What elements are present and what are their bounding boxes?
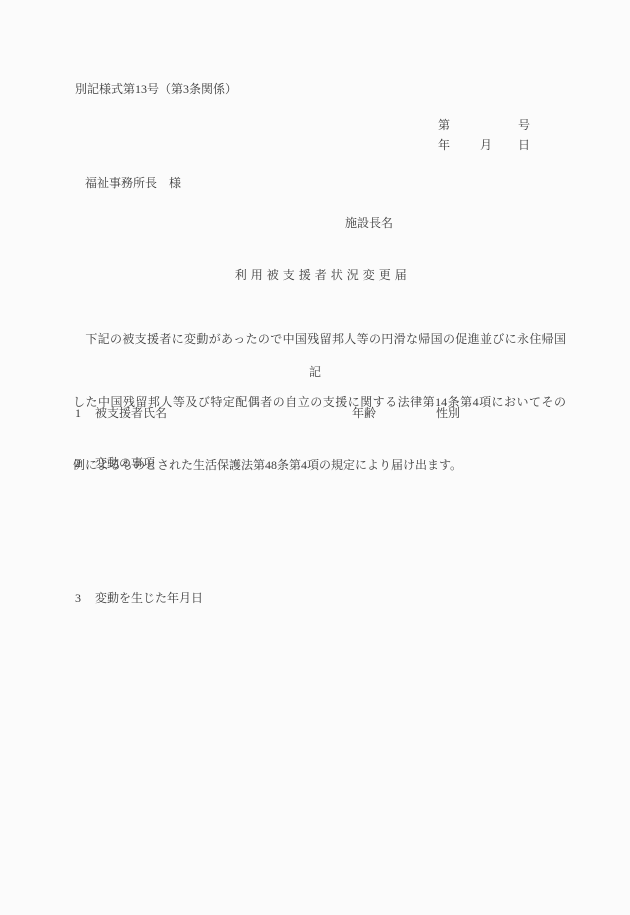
item-3-label: 変動を生じた年月日 (95, 592, 203, 604)
date-day-label: 日 (518, 139, 530, 151)
form-number: 別記様式第13号（第3条関係） (75, 83, 237, 95)
body-line-1: 下記の被支援者に変動があったので中国残留邦人等の円滑な帰国の促進並びに永住帰国 (73, 329, 566, 350)
item-1-label: 被支援者氏名 (95, 407, 167, 419)
document-page: 別記様式第13号（第3条関係） 第 号 年 月 日 福祉事務所長 様 施設長名 … (0, 0, 630, 915)
date-month-label: 月 (480, 139, 492, 151)
item-2-label: 変動の事項 (95, 457, 155, 469)
sender-name-label: 施設長名 (345, 217, 393, 229)
doc-no-suffix: 号 (518, 119, 530, 131)
sex-label: 性別 (436, 407, 460, 419)
record-separator: 記 (0, 366, 630, 378)
age-label: 年齢 (352, 407, 376, 419)
doc-no-prefix: 第 (438, 119, 450, 131)
form-title-text: 利 用 被 支 援 者 状 況 変 更 届 (235, 268, 408, 282)
body-paragraph: 下記の被支援者に変動があったので中国残留邦人等の円滑な帰国の促進並びに永住帰国 … (73, 287, 566, 518)
item-1-number: 1 (75, 407, 81, 419)
addressee: 福祉事務所長 様 (85, 177, 181, 189)
item-2-number: 2 (75, 457, 81, 469)
date-year-label: 年 (438, 139, 450, 151)
item-3-number: 3 (75, 592, 81, 604)
